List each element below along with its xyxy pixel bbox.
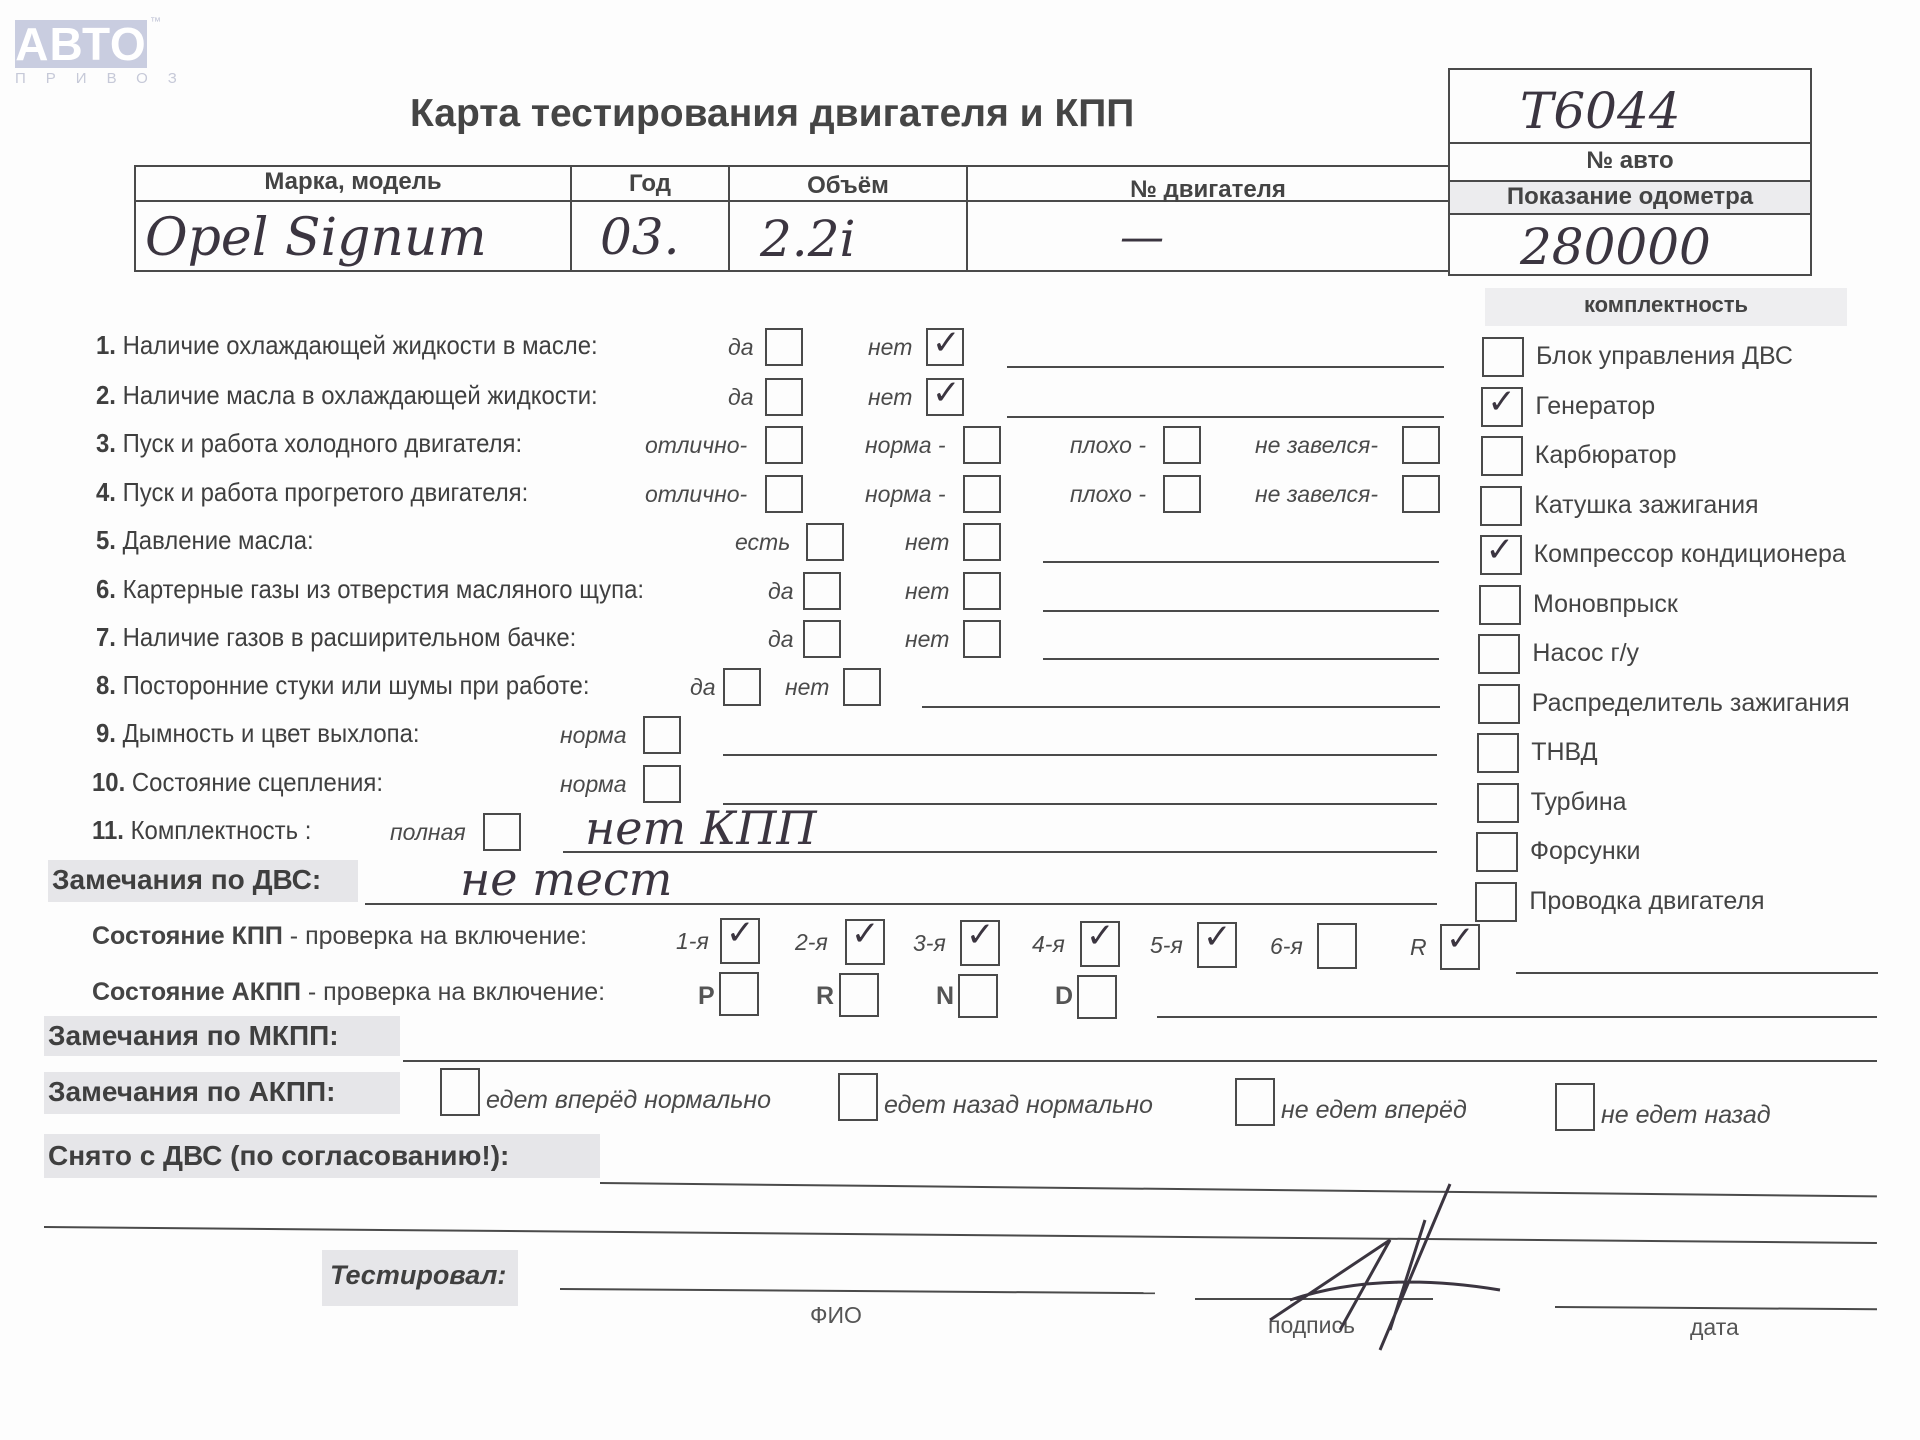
gear-label: 3-я <box>913 930 946 957</box>
akpp-option-label: не едет назад <box>1601 1101 1771 1130</box>
option-label: нет <box>868 384 912 411</box>
gear-label: R <box>1410 934 1427 961</box>
option-checkbox[interactable] <box>963 523 1001 561</box>
completeness-item-label: Блок управления ДВС <box>1536 342 1793 371</box>
removed-line-2[interactable] <box>44 1226 1877 1244</box>
completeness-item-label: Моновпрыск <box>1533 590 1678 619</box>
gear-label: 2-я <box>795 929 828 956</box>
check-mark-icon: ✓ <box>932 376 961 410</box>
volume-value[interactable]: 2.2i <box>760 210 856 268</box>
option-checkbox[interactable] <box>803 572 841 610</box>
auto-mode-checkbox[interactable] <box>839 973 879 1017</box>
check-mark-icon: ✓ <box>1203 920 1232 954</box>
check-item-text: Наличие охлаждающей жидкости в масле: <box>123 330 598 360</box>
check-item-text: Состояние сцепления: <box>132 767 383 797</box>
completeness-item-label: Карбюратор <box>1535 441 1677 470</box>
option-checkbox[interactable] <box>963 426 1001 464</box>
auto-mode-checkbox[interactable] <box>719 972 759 1016</box>
check-item-number: 1. <box>96 330 123 360</box>
engine-remarks-label: Замечания по ДВС: <box>52 864 321 896</box>
check-item-text: Картерные газы из отверстия масляного щу… <box>123 574 644 604</box>
auto-gearbox-label: Состояние АКПП - проверка на включение: <box>92 978 605 1007</box>
option-label: норма <box>560 771 627 798</box>
option-checkbox[interactable] <box>963 475 1001 513</box>
akpp-option-checkbox[interactable] <box>1555 1083 1595 1131</box>
page-title: Карта тестирования двигателя и КПП <box>410 92 1134 136</box>
signature-icon <box>1230 1180 1530 1360</box>
option-label: есть <box>735 529 790 556</box>
option-label: да <box>690 674 716 701</box>
akpp-option-checkbox[interactable] <box>838 1073 878 1121</box>
option-label: норма - <box>865 432 946 459</box>
completeness-checkbox[interactable] <box>1479 585 1521 625</box>
check-mark-icon: ✓ <box>1086 919 1115 953</box>
option-checkbox[interactable] <box>963 620 1001 658</box>
comment-line[interactable] <box>922 706 1440 708</box>
completeness-checkbox[interactable] <box>1481 436 1523 476</box>
auto-mode-checkbox[interactable] <box>1077 975 1117 1019</box>
option-label: отлично- <box>645 481 747 508</box>
divider <box>134 270 1448 272</box>
option-label: да <box>768 578 794 605</box>
completeness-item-label: Распределитель зажигания <box>1532 689 1850 718</box>
completeness-item-label: Проводка двигателя <box>1529 887 1764 916</box>
check-item-label: 11. Комплектность : <box>92 815 311 846</box>
check-item-number: 9. <box>96 718 123 748</box>
option-label: нет <box>905 626 949 653</box>
check-mark-icon: ✓ <box>1446 922 1475 956</box>
make-model-value[interactable]: Opel Signum <box>145 208 487 268</box>
divider <box>1448 142 1812 144</box>
option-label: норма - <box>865 481 946 508</box>
option-checkbox[interactable] <box>803 620 841 658</box>
auto-gearbox-label-bold: Состояние АКПП <box>92 978 301 1006</box>
header-year: Год <box>572 170 728 198</box>
auto-mode-label: N <box>936 982 954 1011</box>
option-checkbox[interactable] <box>1402 475 1440 513</box>
option-label: полная <box>390 819 466 846</box>
completeness-item-label: Насос г/у <box>1532 639 1639 668</box>
completeness-checkbox[interactable] <box>1475 882 1517 922</box>
completeness-item-label: Компрессор кондиционера <box>1534 540 1846 569</box>
check-item-number: 2. <box>96 380 123 410</box>
check-item-label: 1. Наличие охлаждающей жидкости в масле: <box>96 330 598 361</box>
completeness-checkbox[interactable] <box>1478 684 1520 724</box>
divider <box>1448 213 1812 215</box>
check-item-label: 5. Давление масла: <box>96 525 314 556</box>
option-label: не завелся- <box>1255 432 1378 459</box>
option-checkbox[interactable] <box>806 523 844 561</box>
completeness-checkbox[interactable] <box>1477 733 1519 773</box>
check-item-number: 5. <box>96 525 123 555</box>
option-checkbox[interactable] <box>723 668 761 706</box>
auto-gearbox-label-rest: - проверка на включение: <box>301 978 605 1006</box>
divider <box>1448 68 1812 70</box>
fio-label: ФИО <box>810 1302 862 1329</box>
year-value[interactable]: 03. <box>600 208 680 266</box>
auto-mode-label: P <box>698 982 715 1011</box>
check-mark-icon: ✓ <box>966 918 995 952</box>
option-checkbox[interactable] <box>765 475 803 513</box>
akpp-option-label: едет вперёд нормально <box>486 1086 771 1115</box>
gear-label: 1-я <box>676 928 709 955</box>
option-checkbox[interactable] <box>765 426 803 464</box>
comment-line[interactable] <box>1043 610 1439 612</box>
check-item-text: Дымность и цвет выхлопа: <box>123 718 420 748</box>
option-label: нет <box>785 674 829 701</box>
option-label: отлично- <box>645 432 747 459</box>
date-line[interactable] <box>1555 1306 1877 1310</box>
check-item-label: 3. Пуск и работа холодного двигателя: <box>96 428 522 459</box>
check-item-number: 3. <box>96 428 123 458</box>
mkpp-remarks-label: Замечания по МКПП: <box>48 1020 339 1052</box>
comment-line[interactable] <box>723 803 1437 805</box>
completeness-checkbox[interactable] <box>1477 783 1519 823</box>
check-item-number: 8. <box>96 670 123 700</box>
check-item-text: Посторонние стуки или шумы при работе: <box>123 670 590 700</box>
gear-label: 5-я <box>1150 932 1183 959</box>
check-mark-icon: ✓ <box>1487 385 1516 419</box>
auto-mode-label: R <box>816 982 834 1011</box>
check-item-text: Наличие газов в расширительном бачке: <box>123 622 577 652</box>
completeness-item-label: Катушка зажигания <box>1534 491 1758 520</box>
check-item-label: 8. Посторонние стуки или шумы при работе… <box>96 670 589 701</box>
option-checkbox[interactable] <box>483 813 521 851</box>
auto-gearbox-line <box>1157 1016 1877 1018</box>
check-item-number: 10. <box>92 767 132 797</box>
check-item-number: 7. <box>96 622 123 652</box>
check-item-text: Наличие масла в охлаждающей жидкости: <box>123 380 598 410</box>
logo: АВТО <box>15 20 147 68</box>
divider <box>134 165 1448 167</box>
option-checkbox[interactable] <box>963 572 1001 610</box>
logo-tm: ™ <box>150 16 161 28</box>
tested-by-label: Тестировал: <box>330 1260 506 1291</box>
option-checkbox[interactable] <box>1402 426 1440 464</box>
engine-number-value[interactable]: — <box>1120 212 1164 263</box>
check-item-text: Пуск и работа холодного двигателя: <box>123 428 523 458</box>
comment-line[interactable] <box>1007 366 1444 368</box>
completeness-item-label: Форсунки <box>1530 837 1641 866</box>
auto-mode-checkbox[interactable] <box>958 974 998 1018</box>
option-label: плохо - <box>1070 481 1146 508</box>
gear-checkbox[interactable] <box>1317 923 1357 969</box>
manual-gearbox-line <box>1516 972 1878 974</box>
option-label: норма <box>560 722 627 749</box>
check-item-label: 10. Состояние сцепления: <box>92 767 383 798</box>
car-number-label: № авто <box>1448 147 1812 175</box>
completeness-checkbox[interactable] <box>1476 832 1518 872</box>
car-number-value[interactable]: T6044 <box>1520 82 1681 140</box>
check-item-text: Давление масла: <box>123 525 314 555</box>
check-item-label: 7. Наличие газов в расширительном бачке: <box>96 622 576 653</box>
comment-line[interactable] <box>723 754 1437 756</box>
manual-gearbox-label: Состояние КПП - проверка на включение: <box>92 922 587 951</box>
check-item-number: 4. <box>96 477 123 507</box>
check-item-number: 11. <box>92 815 131 845</box>
option-checkbox[interactable] <box>643 716 681 754</box>
akpp-option-label: едет назад нормально <box>884 1091 1153 1120</box>
option-checkbox[interactable] <box>843 668 881 706</box>
check-item-label: 4. Пуск и работа прогретого двигателя: <box>96 477 528 508</box>
akpp-option-checkbox[interactable] <box>440 1068 480 1116</box>
comment-line[interactable] <box>1007 416 1444 418</box>
akpp-remarks-label: Замечания по АКПП: <box>48 1076 335 1108</box>
completeness-item-label: ТНВД <box>1531 738 1597 767</box>
akpp-option-checkbox[interactable] <box>1235 1078 1275 1126</box>
option-checkbox[interactable] <box>643 765 681 803</box>
option-checkbox[interactable] <box>765 328 803 366</box>
header-volume: Объём <box>730 172 966 200</box>
check-item-number: 6. <box>96 574 123 604</box>
auto-mode-label: D <box>1055 982 1073 1011</box>
manual-gearbox-label-rest: - проверка на включение: <box>283 922 587 950</box>
removed-label: Снято с ДВС (по согласованию!): <box>48 1140 509 1172</box>
check-mark-icon: ✓ <box>1486 533 1515 567</box>
option-label: плохо - <box>1070 432 1146 459</box>
option-label: да <box>728 334 754 361</box>
check-item-text: Комплектность : <box>131 815 312 845</box>
date-label: дата <box>1690 1314 1739 1341</box>
comment-line[interactable] <box>1043 658 1439 660</box>
option-checkbox[interactable] <box>1163 426 1201 464</box>
fio-line[interactable] <box>560 1288 1155 1294</box>
header-engine-number: № двигателя <box>968 176 1448 204</box>
comment-line[interactable] <box>1043 561 1439 563</box>
option-checkbox[interactable] <box>1163 475 1201 513</box>
akpp-option-label: не едет вперёд <box>1281 1096 1467 1125</box>
check-mark-icon: ✓ <box>851 917 880 951</box>
header-make-model: Марка, модель <box>136 168 570 196</box>
manual-gearbox-label-bold: Состояние КПП <box>92 922 283 950</box>
check-mark-icon: ✓ <box>932 326 961 360</box>
completeness-item-label: Генератор <box>1535 392 1655 421</box>
gear-label: 4-я <box>1032 931 1065 958</box>
engine-remarks-value[interactable]: не тест <box>460 852 672 906</box>
gear-label: 6-я <box>1270 933 1303 960</box>
option-label: да <box>768 626 794 653</box>
check-item-label: 2. Наличие масла в охлаждающей жидкости: <box>96 380 598 411</box>
check-item-label: 6. Картерные газы из отверстия масляного… <box>96 574 644 605</box>
completeness-checkbox[interactable] <box>1480 486 1522 526</box>
mkpp-remarks-line[interactable] <box>403 1060 1877 1062</box>
option-label: нет <box>905 578 949 605</box>
completeness-item-label: Турбина <box>1531 788 1627 817</box>
option-label: нет <box>905 529 949 556</box>
odometer-value[interactable]: 280000 <box>1520 218 1711 276</box>
completeness-checkbox[interactable] <box>1478 634 1520 674</box>
option-label: нет <box>868 334 912 361</box>
check-item-text: Пуск и работа прогретого двигателя: <box>123 477 529 507</box>
odometer-label: Показание одометра <box>1448 183 1812 211</box>
completeness-checkbox[interactable] <box>1482 337 1524 377</box>
option-checkbox[interactable] <box>765 378 803 416</box>
option-label: не завелся- <box>1255 481 1378 508</box>
option-label: да <box>728 384 754 411</box>
check-mark-icon: ✓ <box>726 916 755 950</box>
check-item-label: 9. Дымность и цвет выхлопа: <box>96 718 420 749</box>
logo-subtitle: ПРИВОЗ <box>15 70 197 87</box>
completeness-header: комплектность <box>1485 292 1847 318</box>
completeness-note[interactable]: нет КПП <box>585 801 817 855</box>
